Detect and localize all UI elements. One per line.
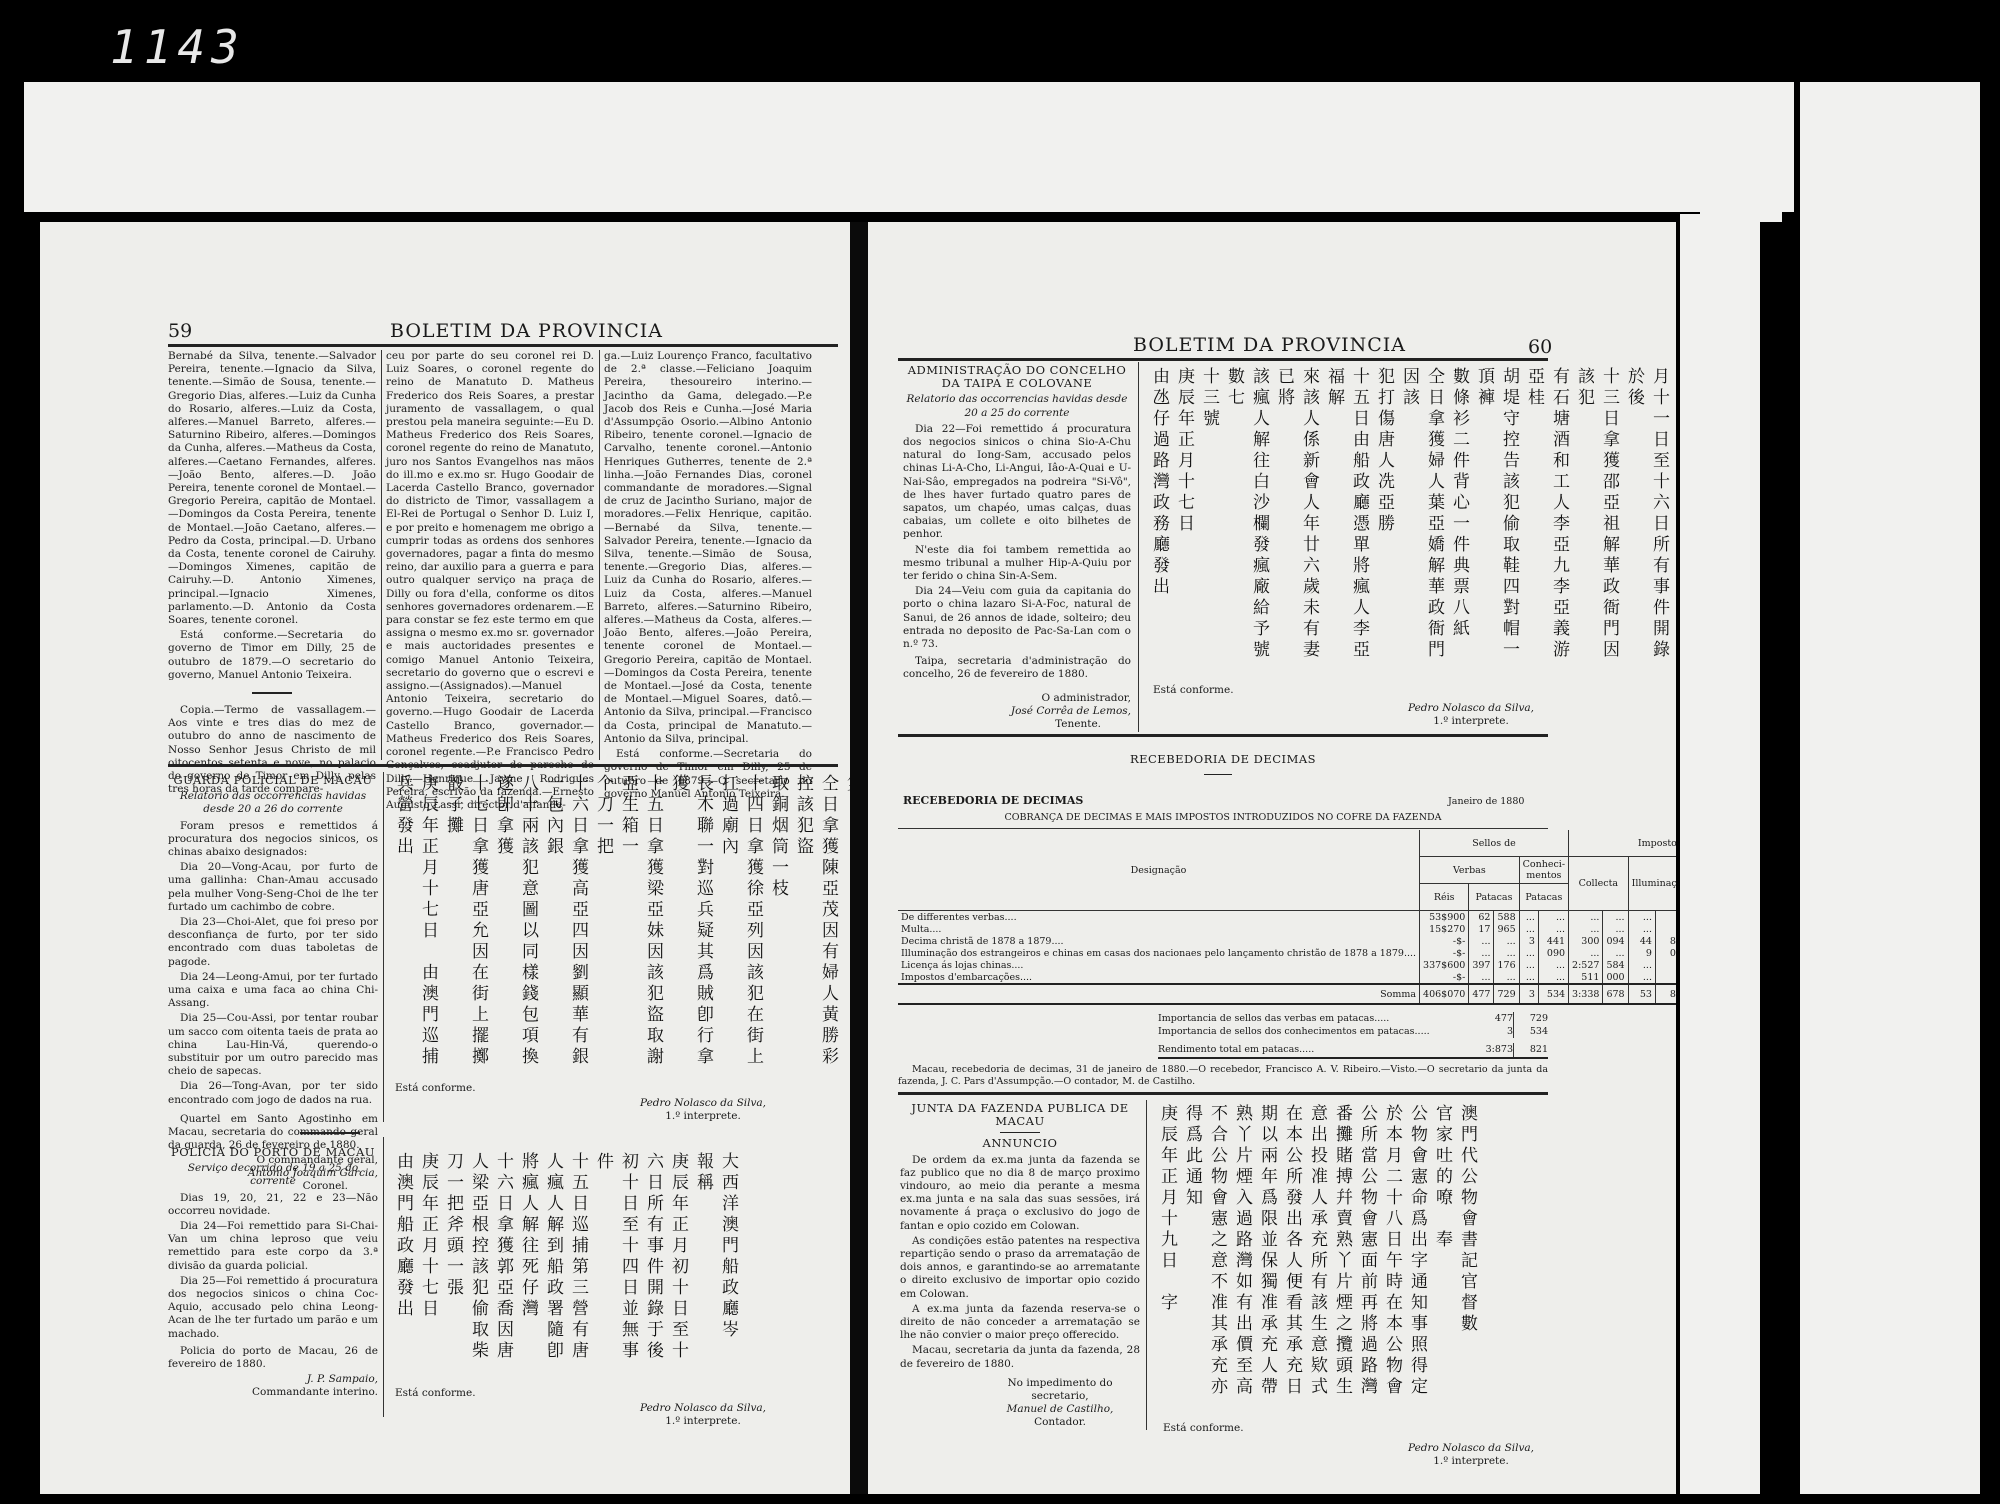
- interpreter-signature: Pedro Nolasco da Silva, 1.º interprete.: [640, 1097, 766, 1123]
- chinese-column: 將瘋人解往死仔灣: [515, 1152, 540, 1372]
- cell-reis: 53$900: [1420, 911, 1469, 924]
- cell-ic: 000: [1655, 947, 1676, 959]
- paragraph: Taipa, secretaria d'administração do con…: [903, 655, 1131, 681]
- paragraph: Dia 23—Choi-Alet, que foi preso por desc…: [168, 916, 378, 969]
- section-title: ADMINISTRAÇÃO DO CONCELHO DA TAIPA E COL…: [903, 364, 1131, 390]
- divider: [300, 1132, 360, 1134]
- cell-cc: ...: [1538, 911, 1568, 924]
- cell-colp: ...: [1569, 923, 1603, 935]
- paragraph: Dia 25—Foi remettido á procuratura dos n…: [168, 1275, 378, 1341]
- signature-name: Manuel de Castilho,: [980, 1403, 1140, 1416]
- column-divider: [1146, 1100, 1147, 1430]
- recebedoria-heading: RECEBEDORIA DE DECIMAS: [868, 752, 1578, 766]
- paragraph: Dias 19, 20, 21, 22 e 23—Não occorreu no…: [168, 1192, 378, 1218]
- row-designacao: Licença ás lojas chinas....: [898, 959, 1420, 971]
- cell-vp: ...: [1469, 971, 1494, 984]
- extras-cents: 821: [1513, 1043, 1548, 1056]
- paragraph: N'este dia foi tambem remettida ao mesmo…: [903, 544, 1131, 584]
- chinese-column: 十六日拿獲高亞四因劉顯華有銀一包內銀: [540, 774, 590, 1074]
- chinese-column: 十五日巡捕第三營有唐: [565, 1152, 590, 1372]
- page-header: BOLETIM DA PROVINCIA: [390, 320, 663, 342]
- interpreter-title: 1.º interprete.: [665, 1110, 741, 1122]
- cell-vc: 588: [1494, 911, 1519, 924]
- chinese-column: 胡堤守控告該犯偷取鞋四對帽一頂褲: [1471, 367, 1521, 667]
- interpreter-signature: Pedro Nolasco da Silva, 1.º interprete.: [1408, 1442, 1534, 1468]
- chinese-column: 十五日拿獲梁亞妹因該犯盜取謝亞生箱一: [615, 774, 665, 1074]
- cell-ic: ...: [1655, 911, 1676, 924]
- section-title: JUNTA DA FAZENDA PUBLICA DE MACAU: [900, 1102, 1140, 1128]
- conforme-text: Está conforme.: [1163, 1422, 1244, 1434]
- paragraph: Policia do porto de Macau, 26 de feverei…: [168, 1345, 378, 1371]
- chinese-column: 十三日拿獲邵亞祖解華政衙門因該犯: [1571, 367, 1621, 667]
- chinese-column: 氹仔過路灣政務廳康 報稱庚辰年正: [1671, 367, 1676, 667]
- cell-ip: 53: [1628, 984, 1655, 1004]
- section-subtitle: Relatorio das occorrencias havidas desde…: [903, 393, 1131, 419]
- cell-colc: ...: [1603, 911, 1628, 924]
- cell-ip: 44: [1628, 935, 1655, 947]
- paragraph: Dia 20—Vong-Acau, por furto de uma galli…: [168, 861, 378, 914]
- conforme-text: Está conforme.: [395, 1387, 476, 1399]
- table-row: Illuminação dos estrangeiros e chinas em…: [898, 947, 1676, 959]
- col-impostos: Impostos: [1569, 830, 1676, 857]
- recebedoria-subtitle: COBRANÇA DE DECIMAS E MAIS IMPOSTOS INTR…: [868, 812, 1578, 823]
- column-divider: [383, 772, 384, 1122]
- extras-row: Importancia de sellos dos conhecimentos …: [1158, 1025, 1548, 1038]
- row-designacao: Impostos d'embarcações....: [898, 971, 1420, 984]
- chinese-column: 庚辰年正月十七日: [415, 1152, 440, 1372]
- paragraph: Dia 24—Foi remettido para Si-Chai-Van um…: [168, 1220, 378, 1273]
- table-row: Somma406$07047772935343:338678538803:392…: [898, 984, 1676, 1004]
- chinese-column: 取銅烟筒一枝: [765, 774, 790, 1074]
- cell-ip: 9: [1628, 947, 1655, 959]
- col2-text: ceu por parte do seu coronel rei D. Luiz…: [386, 350, 594, 812]
- signature-line: No impedimento do secretario,: [1007, 1377, 1112, 1402]
- recebedoria-extras: Importancia de sellos das verbas em pata…: [1158, 1012, 1548, 1059]
- chinese-column: 熟丫片煙入過路灣如有出價至高: [1229, 1104, 1254, 1414]
- column-divider: [383, 1137, 384, 1417]
- section-subtitle: Serviço decorrido de 19 a 25 do corrente: [168, 1162, 378, 1188]
- cell-ip: ...: [1628, 923, 1655, 935]
- chinese-column: 庚辰年正月十九日 字: [1154, 1104, 1179, 1414]
- column-3-top: ga.—Luiz Lourenço Franco, facultativo de…: [604, 350, 812, 803]
- cell-cp: ...: [1519, 959, 1538, 971]
- chinese-column: 庚辰年正月十七日: [1171, 367, 1196, 667]
- taipa-chinese-text: 氹仔過路灣政務廳康 報稱庚辰年正月十一日至十六日所有事件開錄於後十三日拿獲邵亞祖…: [1146, 367, 1676, 667]
- chinese-column: 由澳門船政廳發出: [390, 1152, 415, 1372]
- chinese-column: 十六日拿獲郭亞喬因唐: [490, 1152, 515, 1372]
- signature-title: Commandante interino.: [252, 1386, 378, 1398]
- cell-vp: 477: [1469, 984, 1494, 1004]
- cell-vp: 62: [1469, 911, 1494, 924]
- extras-patacas: 3: [1471, 1025, 1513, 1038]
- left-page: 59 BOLETIM DA PROVINCIA Bernabé da Silva…: [40, 222, 850, 1494]
- table-row: Licença ás lojas chinas....337$600397176…: [898, 959, 1676, 971]
- column-divider: [1138, 362, 1139, 732]
- page-header: BOLETIM DA PROVINCIA: [1133, 334, 1406, 356]
- cell-cp: 3: [1519, 935, 1538, 947]
- cell-vc: 176: [1494, 959, 1519, 971]
- section-rule: [168, 764, 838, 767]
- recebedoria-date: Janeiro de 1880: [1448, 796, 1524, 807]
- header-rule: [168, 344, 838, 347]
- interpreter-name: Pedro Nolasco da Silva,: [1408, 702, 1534, 714]
- col-conhecimentos: Conheci-mentos: [1519, 857, 1568, 884]
- chinese-column: 十一日拿獲王亞九因該犯偷鷄一隻: [840, 774, 850, 1074]
- table-row: Impostos d'embarcações....-$-...........…: [898, 971, 1676, 984]
- cell-vc: ...: [1494, 947, 1519, 959]
- row-designacao: Illuminação dos estrangeiros e chinas em…: [898, 947, 1420, 959]
- interpreter-title: 1.º interprete.: [1433, 1455, 1509, 1467]
- cell-reis: -$-: [1420, 947, 1469, 959]
- chinese-column: 十三號: [1196, 367, 1221, 667]
- chinese-column: 有石塘酒和工人李亞九李亞義游亞桂: [1521, 367, 1571, 667]
- cell-reis: 15$270: [1420, 923, 1469, 935]
- guarda-chinese-text: 澳門巡捕兵營總領副將家 報稱庚辰年正月十一日至正月十七日所有事件開錄於後巡捕兵營…: [390, 774, 850, 1074]
- signature-name: J. P. Sampaio,: [168, 1373, 378, 1386]
- paragraph: As condições estão patentes na respectiv…: [900, 1235, 1140, 1301]
- row-designacao: Decima christã de 1878 a 1879....: [898, 935, 1420, 947]
- col-collecta: Collecta: [1569, 857, 1629, 911]
- header-rule: [898, 358, 1548, 361]
- section-rule: [898, 734, 1548, 737]
- chinese-column: 該瘋人解往白沙欄發瘋廠給予號數七: [1221, 367, 1271, 667]
- chinese-column: 人梁亞根控該犯偷取柴: [465, 1152, 490, 1372]
- chinese-column: 刀一把斧頭一張: [440, 1152, 465, 1372]
- interpreter-signature: Pedro Nolasco da Silva, 1.º interprete.: [1408, 702, 1534, 728]
- cell-cp: 3: [1519, 984, 1538, 1004]
- chinese-column: 在本公所發出各人便看其承充日: [1279, 1104, 1304, 1414]
- cell-colc: 584: [1603, 959, 1628, 971]
- interpreter-title: 1.º interprete.: [1433, 715, 1509, 727]
- chinese-column: 來該人係新會人年廿六歲未有妻已將: [1271, 367, 1321, 667]
- col1-conforme: Está conforme.—Secretaria do governo de …: [168, 629, 376, 682]
- background-sheet-middle: [1700, 82, 1782, 222]
- recebedoria-title: RECEBEDORIA DE DECIMAS: [903, 794, 1083, 807]
- signature: J. P. Sampaio, Commandante interino.: [168, 1373, 378, 1399]
- row-designacao: Multa....: [898, 923, 1420, 935]
- recebedoria-footer: Macau, recebedoria de decimas, 31 de jan…: [898, 1064, 1548, 1088]
- chinese-column: 十四日拿獲徐亞列因該犯在街上扛過廟內: [715, 774, 765, 1074]
- paragraph: A ex.ma junta da fazenda reserva-se o di…: [900, 1303, 1140, 1343]
- cell-cc: ...: [1538, 923, 1568, 935]
- conforme-text: Está conforme.: [395, 1082, 476, 1094]
- cell-vc: ...: [1494, 935, 1519, 947]
- signature-title: Tenente.: [1055, 718, 1101, 730]
- cell-reis: 337$600: [1420, 959, 1469, 971]
- row-designacao: Somma: [898, 984, 1420, 1004]
- cell-cp: ...: [1519, 971, 1538, 984]
- chinese-column: 由氹仔過路灣政務廳發出: [1146, 367, 1171, 667]
- cell-colp: 300: [1569, 935, 1603, 947]
- extras-patacas: 3:873: [1471, 1043, 1513, 1056]
- column-2-top: ceu por parte do seu coronel rei D. Luiz…: [386, 350, 594, 814]
- column-divider: [381, 350, 382, 760]
- cell-ip: ...: [1628, 959, 1655, 971]
- background-sheet-top: [24, 82, 1794, 212]
- chinese-column: 初十日至十四日並無事: [615, 1152, 640, 1372]
- cell-cc: ...: [1538, 971, 1568, 984]
- cell-colc: ...: [1603, 923, 1628, 935]
- signature-name: José Corrêa de Lemos,: [903, 705, 1131, 718]
- cell-vp: 397: [1469, 959, 1494, 971]
- interpreter-signature: Pedro Nolasco da Silva, 1.º interprete.: [640, 1402, 766, 1428]
- conforme-text: Está conforme.: [1153, 684, 1234, 696]
- porto-chinese-text: 大西洋澳門船政廳岑 報稱庚辰年正月初十日至十六日所有事件開錄于後初十日至十四日並…: [390, 1152, 740, 1372]
- chinese-column: 官家吐的嘹 奉: [1429, 1104, 1454, 1414]
- page-number: 60: [1528, 336, 1552, 358]
- cell-ic: ...: [1655, 923, 1676, 935]
- cell-colc: 000: [1603, 971, 1628, 984]
- background-sheet-edge: [1800, 82, 1980, 1494]
- table-row: Multa....15$27017965....................…: [898, 923, 1676, 935]
- col-designacao: Designação: [898, 830, 1420, 911]
- decimas-table: Designação Sellos de Impostos Verbas Con…: [898, 830, 1676, 1005]
- col-patacas: Patacas: [1469, 884, 1519, 911]
- paragraph: Foram presos e remettidos á procuratura …: [168, 820, 378, 860]
- table-rule: [898, 828, 1548, 829]
- interpreter-name: Pedro Nolasco da Silva,: [640, 1402, 766, 1414]
- page-gutter: [850, 222, 868, 1494]
- chinese-column: 庚辰年正月十七日 由澳門巡捕兵營發出: [390, 774, 440, 1074]
- cell-ip: ...: [1628, 911, 1655, 924]
- chinese-column: 月十一日至十六日所有事件開錄於後: [1621, 367, 1671, 667]
- extras-row: Importancia de sellos das verbas em pata…: [1158, 1012, 1548, 1025]
- col-verbas: Verbas: [1420, 857, 1520, 884]
- cell-ic: ...: [1655, 971, 1676, 984]
- table-row: De differentes verbas....53$90062588....…: [898, 911, 1676, 924]
- chinese-column: 十七日拿獲唐亞允因在街上擺擲骰子攤: [440, 774, 490, 1074]
- cell-reis: -$-: [1420, 971, 1469, 984]
- cell-vc: 729: [1494, 984, 1519, 1004]
- right-page: BOLETIM DA PROVINCIA 60 ADMINISTRAÇÃO DO…: [868, 222, 1676, 1494]
- chinese-column: 公物會憲命爲出字通知事照得定: [1404, 1104, 1429, 1414]
- extras-patacas: 477: [1471, 1012, 1513, 1025]
- chinese-column: 仝日拿獲婦人葉亞嬌解華政衙門因該: [1396, 367, 1446, 667]
- cell-cp: ...: [1519, 947, 1538, 959]
- chinese-column: 个刀一把: [590, 774, 615, 1074]
- chinese-column: 犯打傷唐人冼亞勝: [1371, 367, 1396, 667]
- cell-vc: ...: [1494, 971, 1519, 984]
- chinese-column: 番攤賭搏幷賣熟丫片煙之攬頭生: [1329, 1104, 1354, 1414]
- extras-label: Importancia de sellos dos conhecimentos …: [1158, 1025, 1471, 1038]
- cell-colc: 678: [1603, 984, 1628, 1004]
- section-title: POLICIA DO PORTO DE MACAU: [168, 1146, 378, 1159]
- col-iluminacao: Illuminação: [1628, 857, 1676, 911]
- chinese-column: 八十兩該犯意圖以同樣錢包項換遂卽拿獲: [490, 774, 540, 1074]
- junta-section: JUNTA DA FAZENDA PUBLICA DE MACAU ANNUNC…: [900, 1100, 1140, 1429]
- chinese-column: 大西洋澳門船政廳岑 報稱: [690, 1152, 740, 1372]
- page-number: 59: [168, 320, 192, 342]
- cell-ip: ...: [1628, 971, 1655, 984]
- interpreter-name: Pedro Nolasco da Silva,: [1408, 1442, 1534, 1454]
- cell-colc: ...: [1603, 947, 1628, 959]
- cell-ic: ...: [1655, 959, 1676, 971]
- extras-row: Rendimento total em patacas.....3:873821: [1158, 1043, 1548, 1058]
- col-reis: Réis: [1420, 884, 1469, 911]
- cell-colp: 511: [1569, 971, 1603, 984]
- chinese-column: 人瘋人解到船政署隨卽: [540, 1152, 565, 1372]
- frame-number: 1143: [110, 20, 245, 74]
- junta-chinese-text: 澳門代公物會書記官督數官家吐的嘹 奉公物會憲命爲出字通知事照得定於本月二十八日午…: [1154, 1104, 1479, 1414]
- chinese-column: 庚辰年正月初十日至十: [665, 1152, 690, 1372]
- cell-colp: ...: [1569, 947, 1603, 959]
- cell-vp: ...: [1469, 935, 1494, 947]
- cell-vp: 17: [1469, 923, 1494, 935]
- extras-cents: 534: [1513, 1025, 1548, 1038]
- interpreter-name: Pedro Nolasco da Silva,: [640, 1097, 766, 1109]
- paragraph: Dia 24—Leong-Amui, por ter furtado uma c…: [168, 971, 378, 1011]
- cell-colp: 3:338: [1569, 984, 1603, 1004]
- col3-text: ga.—Luiz Lourenço Franco, facultativo de…: [604, 350, 812, 746]
- col-patacas: Patacas: [1519, 884, 1568, 911]
- taipa-section: ADMINISTRAÇÃO DO CONCELHO DA TAIPA E COL…: [903, 362, 1131, 731]
- column-divider: [599, 350, 600, 760]
- background-sheet-right: [1680, 214, 1760, 1494]
- cell-cc: 090: [1538, 947, 1568, 959]
- extras-label: Rendimento total em patacas.....: [1158, 1043, 1471, 1056]
- interpreter-title: 1.º interprete.: [665, 1415, 741, 1427]
- chinese-column: 不合公物會憲之意不准其承充亦: [1204, 1104, 1229, 1414]
- chinese-column: 數條衫二件背心一件典票八紙: [1446, 367, 1471, 667]
- chinese-column: 公所當公物會憲面前再將過路灣: [1354, 1104, 1379, 1414]
- section-subtitle: Relatorio das occorrencias havidas desde…: [168, 790, 378, 816]
- cell-colc: 094: [1603, 935, 1628, 947]
- cell-colp: 2:527: [1569, 959, 1603, 971]
- paragraph: Macau, secretaria da junta da fazenda, 2…: [900, 1344, 1140, 1370]
- divider: [1204, 774, 1232, 775]
- chinese-column: 件: [590, 1152, 615, 1372]
- column-1-top: Bernabé da Silva, tenente.—Salvador Pere…: [168, 350, 376, 799]
- chinese-column: 六日所有事件開錄于後: [640, 1152, 665, 1372]
- signature: No impedimento do secretario, Manuel de …: [900, 1377, 1140, 1429]
- cell-cc: 441: [1538, 935, 1568, 947]
- signature: O administrador, José Corrêa de Lemos, T…: [903, 692, 1131, 731]
- chinese-column: 仝日拿獲陳亞茂因有婦人黃勝彩控該犯盜: [790, 774, 840, 1074]
- cell-vp: ...: [1469, 947, 1494, 959]
- policia-porto-section: POLICIA DO PORTO DE MACAU Serviço decorr…: [168, 1144, 378, 1399]
- chinese-column: 十五日由船政廳憑單將瘋人李亞福解: [1321, 367, 1371, 667]
- paragraph: De ordem da ex.ma junta da fazenda se fa…: [900, 1154, 1140, 1233]
- cell-cc: 534: [1538, 984, 1568, 1004]
- cell-cc: ...: [1538, 959, 1568, 971]
- chinese-column: 於本月二十八日午時在本公物會: [1379, 1104, 1404, 1414]
- col-sellos: Sellos de: [1420, 830, 1569, 857]
- chinese-column: 得爲此通知: [1179, 1104, 1204, 1414]
- cell-cp: ...: [1519, 911, 1538, 924]
- chinese-column: 澳門代公物會書記官督數: [1454, 1104, 1479, 1414]
- chinese-column: 期以兩年爲限並保獨准承充人帶: [1254, 1104, 1279, 1414]
- divider: [252, 692, 292, 694]
- cell-vc: 965: [1494, 923, 1519, 935]
- extras-label: Importancia de sellos das verbas em pata…: [1158, 1012, 1471, 1025]
- cell-colp: ...: [1569, 911, 1603, 924]
- cell-cp: ...: [1519, 923, 1538, 935]
- guarda-policial-section: GUARDA POLICIAL DE MACAU Relatorio das o…: [168, 772, 378, 1193]
- cell-reis: -$-: [1420, 935, 1469, 947]
- paragraph: Dia 22—Foi remettido á procuratura dos n…: [903, 423, 1131, 542]
- section-title: GUARDA POLICIAL DE MACAU: [168, 774, 378, 787]
- extras-cents: 729: [1513, 1012, 1548, 1025]
- signature-line: O administrador,: [1042, 692, 1132, 704]
- chinese-column: 意出投准人承充所有該生意欵式: [1304, 1104, 1329, 1414]
- cell-ic: 880: [1655, 935, 1676, 947]
- section-subtitle: ANNUNCIO: [900, 1137, 1140, 1150]
- paragraph: Dia 26—Tong-Avan, por ter sido encontrad…: [168, 1080, 378, 1106]
- row-designacao: De differentes verbas....: [898, 911, 1420, 924]
- cell-reis: 406$070: [1420, 984, 1469, 1004]
- paragraph: Dia 25—Cou-Assi, por tentar roubar um sa…: [168, 1012, 378, 1078]
- cell-ic: 880: [1655, 984, 1676, 1004]
- signature-title: Contador.: [1034, 1416, 1086, 1428]
- table-row: Decima christã de 1878 a 1879....-$-....…: [898, 935, 1676, 947]
- divider: [1000, 1132, 1040, 1133]
- paragraph: Dia 24—Veiu com guia da capitania do por…: [903, 585, 1131, 651]
- col1-text: Bernabé da Silva, tenente.—Salvador Pere…: [168, 350, 376, 627]
- chinese-column: 長木聯一對巡兵疑其爲賊卽行拿獲: [665, 774, 715, 1074]
- section-rule: [898, 1092, 1548, 1095]
